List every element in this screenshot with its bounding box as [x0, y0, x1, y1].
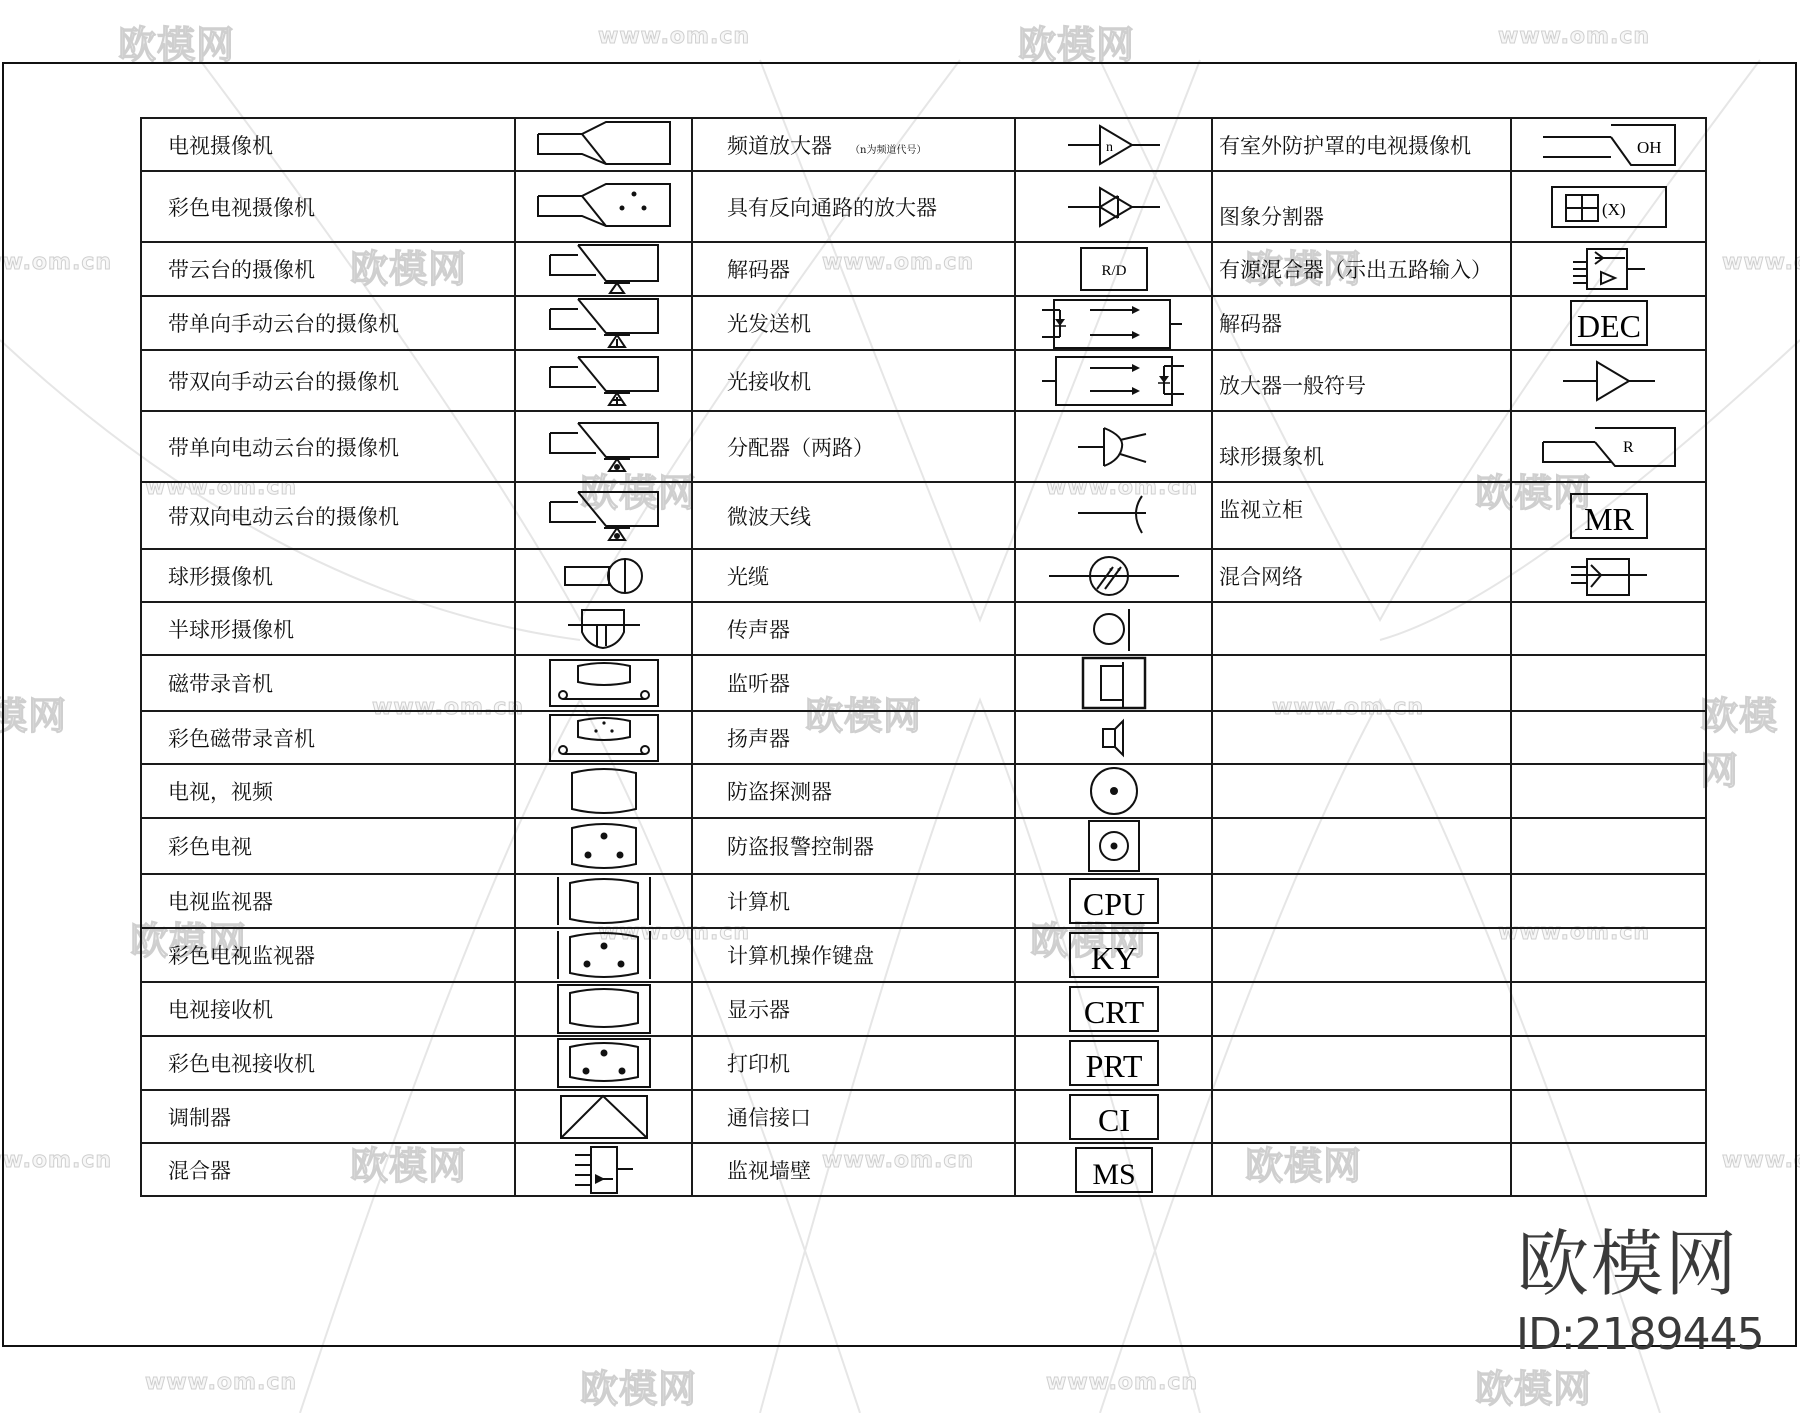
symbol-name: 显示器	[692, 982, 1015, 1036]
svg-text:CPU: CPU	[1082, 886, 1144, 922]
color-tv-icon	[515, 818, 692, 874]
empty-cell	[1212, 1090, 1511, 1143]
empty-cell	[1212, 982, 1511, 1036]
color-tv-receiver-icon	[515, 1036, 692, 1090]
display-icon: CRT	[1015, 982, 1212, 1036]
empty-cell	[1511, 982, 1706, 1036]
color-camera-icon	[515, 171, 692, 242]
symbol-name: 球形摄象机	[1212, 411, 1511, 482]
symbol-name: 混合网络	[1212, 549, 1511, 602]
microwave-antenna-icon	[1015, 482, 1212, 549]
symbol-name: 调制器	[141, 1090, 515, 1143]
empty-cell	[1511, 928, 1706, 982]
symbol-name: 带云台的摄像机	[141, 242, 515, 296]
camera-motor-pan-icon	[515, 411, 692, 482]
symbol-name: 混合器	[141, 1143, 515, 1196]
symbol-name: 监听器	[692, 655, 1015, 711]
splitter-two-way-icon	[1015, 411, 1212, 482]
table-row: 电视监视器 计算机 CPU	[141, 874, 1706, 928]
dome-camera-r-icon: R	[1511, 411, 1706, 482]
symbol-name: 传声器	[692, 602, 1015, 655]
symbol-name: 解码器	[1212, 296, 1511, 350]
svg-text:CI: CI	[1098, 1102, 1130, 1138]
symbol-name: 彩色电视摄像机	[141, 171, 515, 242]
symbol-note: （n为频道代号）	[850, 145, 926, 156]
intrusion-detector-icon	[1015, 764, 1212, 818]
svg-text:KY: KY	[1090, 940, 1136, 976]
svg-text:CRT: CRT	[1083, 994, 1144, 1030]
svg-text:OH: OH	[1637, 138, 1662, 157]
modulator-icon	[515, 1090, 692, 1143]
bidirectional-amplifier-icon	[1015, 171, 1212, 242]
symbol-name: 光发送机	[692, 296, 1015, 350]
tv-receiver-icon	[515, 982, 692, 1036]
channel-amplifier-icon: n	[1015, 118, 1212, 171]
active-mixer-icon	[1511, 242, 1706, 296]
symbol-name: 计算机操作键盘	[692, 928, 1015, 982]
symbol-name: 扬声器	[692, 711, 1015, 764]
symbol-name: 光接收机	[692, 350, 1015, 411]
empty-cell	[1212, 602, 1511, 655]
monitor-speaker-icon	[1015, 655, 1212, 711]
symbol-name: 彩色电视监视器	[141, 928, 515, 982]
symbol-name: 具有反向通路的放大器	[692, 171, 1015, 242]
camera-motor-pan-tilt-icon	[515, 482, 692, 549]
symbol-name: 计算机	[692, 874, 1015, 928]
symbol-name: 电视接收机	[141, 982, 515, 1036]
tv-monitor-icon	[515, 874, 692, 928]
symbol-name: 图象分割器	[1212, 171, 1511, 242]
empty-cell	[1212, 874, 1511, 928]
symbol-name: 彩色电视接收机	[141, 1036, 515, 1090]
watermark-logo: 欧模网	[1475, 1358, 1592, 1413]
symbol-name: 频道放大器（n为频道代号）	[692, 118, 1015, 171]
computer-icon: CPU	[1015, 874, 1212, 928]
svg-text:n: n	[1106, 140, 1113, 155]
color-tv-monitor-icon	[515, 928, 692, 982]
table-row: 电视，视频 防盗探测器	[141, 764, 1706, 818]
empty-cell	[1511, 1036, 1706, 1090]
symbol-name: 光缆	[692, 549, 1015, 602]
symbol-name: 电视，视频	[141, 764, 515, 818]
amplifier-icon	[1511, 350, 1706, 411]
svg-text:DEC: DEC	[1577, 308, 1641, 344]
symbol-name: 防盗探测器	[692, 764, 1015, 818]
table-row: 彩色电视摄像机 具有反向通路的放大器 图象分割器 (X)	[141, 171, 1706, 242]
half-dome-camera-icon	[515, 602, 692, 655]
watermark-logo: 欧模网	[580, 1358, 697, 1413]
svg-text:PRT: PRT	[1085, 1048, 1142, 1084]
brand-id: ID:2189445	[1516, 1313, 1764, 1357]
printer-icon: PRT	[1015, 1036, 1212, 1090]
camera-icon	[515, 118, 692, 171]
tv-icon	[515, 764, 692, 818]
watermark-url: www.om.cn	[1046, 1370, 1198, 1395]
table-row: 电视接收机 显示器 CRT	[141, 982, 1706, 1036]
symbol-name: 监视立柜	[1212, 482, 1511, 549]
symbol-name: 彩色磁带录音机	[141, 711, 515, 764]
empty-cell	[1511, 818, 1706, 874]
watermark-logo: 欧模网	[118, 14, 235, 69]
symbol-name: 监视墙壁	[692, 1143, 1015, 1196]
table-row: 彩色电视 防盗报警控制器	[141, 818, 1706, 874]
table-row: 磁带录音机 监听器	[141, 655, 1706, 711]
symbol-name: 解码器	[692, 242, 1015, 296]
symbol-name: 放大器一般符号	[1212, 350, 1511, 411]
table-row: 带双向手动云台的摄像机 光接收机 放大器一般符号	[141, 350, 1706, 411]
empty-cell	[1212, 818, 1511, 874]
decoder-dec-icon: DEC	[1511, 296, 1706, 350]
symbol-name: 打印机	[692, 1036, 1015, 1090]
symbol-name: 微波天线	[692, 482, 1015, 549]
svg-text:R/D: R/D	[1101, 263, 1126, 279]
symbol-name: 带双向手动云台的摄像机	[141, 350, 515, 411]
table-row: 调制器 通信接口 CI	[141, 1090, 1706, 1143]
watermark-url: www.om.cn	[598, 24, 750, 49]
empty-cell	[1212, 928, 1511, 982]
empty-cell	[1511, 602, 1706, 655]
brand-logo: 欧模网	[1517, 1228, 1739, 1300]
tape-recorder-icon	[515, 655, 692, 711]
ball-camera-icon	[515, 549, 692, 602]
camera-manual-pan-tilt-icon	[515, 350, 692, 411]
symbol-name: 电视监视器	[141, 874, 515, 928]
symbol-name-text: 频道放大器	[727, 134, 832, 158]
table-row: 带云台的摄像机 解码器 R/D 有源混合器（示出五路输入）	[141, 242, 1706, 296]
symbol-name: 带双向电动云台的摄像机	[141, 482, 515, 549]
decoder-rd-icon: R/D	[1015, 242, 1212, 296]
table-row: 彩色电视监视器 计算机操作键盘 KY	[141, 928, 1706, 982]
symbol-name: 球形摄像机	[141, 549, 515, 602]
alarm-controller-icon	[1015, 818, 1212, 874]
table-row: 带单向手动云台的摄像机 光发送机 解码器 DEC	[141, 296, 1706, 350]
symbol-legend-table: 电视摄像机 频道放大器（n为频道代号） n 有室外防护罩的电视摄像机 OH	[140, 117, 1707, 1197]
symbol-name: 有源混合器（示出五路输入）	[1212, 242, 1511, 296]
svg-text:MS: MS	[1092, 1158, 1135, 1191]
watermark-logo: 欧模网	[1018, 14, 1135, 69]
table-row: 带单向电动云台的摄像机 分配器（两路） 球形摄象机 R	[141, 411, 1706, 482]
table-row: 混合器 监视墙壁 MS	[141, 1143, 1706, 1196]
empty-cell	[1212, 1143, 1511, 1196]
empty-cell	[1511, 1143, 1706, 1196]
symbol-name: 彩色电视	[141, 818, 515, 874]
symbol-name: 分配器（两路）	[692, 411, 1015, 482]
symbol-name: 防盗报警控制器	[692, 818, 1015, 874]
empty-cell	[1212, 1036, 1511, 1090]
table-row: 球形摄像机 光缆 混合网络	[141, 549, 1706, 602]
video-wall-icon: MS	[1015, 1143, 1212, 1196]
outdoor-camera-icon: OH	[1511, 118, 1706, 171]
empty-cell	[1511, 711, 1706, 764]
svg-text:MR: MR	[1584, 501, 1634, 537]
table-row: 电视摄像机 频道放大器（n为频道代号） n 有室外防护罩的电视摄像机 OH	[141, 118, 1706, 171]
camera-pan-tilt-icon	[515, 242, 692, 296]
optical-transmitter-icon	[1015, 296, 1212, 350]
monitor-cabinet-icon: MR	[1511, 482, 1706, 549]
loudspeaker-icon	[1015, 711, 1212, 764]
table-row: 彩色磁带录音机 扬声器	[141, 711, 1706, 764]
color-tape-recorder-icon	[515, 711, 692, 764]
watermark-url: www.om.cn	[1498, 24, 1650, 49]
empty-cell	[1212, 655, 1511, 711]
image-splitter-icon: (X)	[1511, 171, 1706, 242]
comm-interface-icon: CI	[1015, 1090, 1212, 1143]
empty-cell	[1511, 655, 1706, 711]
symbol-name: 通信接口	[692, 1090, 1015, 1143]
table-row: 半球形摄像机 传声器	[141, 602, 1706, 655]
svg-text:R: R	[1623, 439, 1634, 456]
watermark-url: www.om.cn	[145, 1370, 297, 1395]
empty-cell	[1511, 874, 1706, 928]
symbol-name: 磁带录音机	[141, 655, 515, 711]
fiber-cable-icon	[1015, 549, 1212, 602]
empty-cell	[1511, 1090, 1706, 1143]
empty-cell	[1511, 764, 1706, 818]
symbol-name: 带单向手动云台的摄像机	[141, 296, 515, 350]
keyboard-icon: KY	[1015, 928, 1212, 982]
empty-cell	[1212, 764, 1511, 818]
table-row: 彩色电视接收机 打印机 PRT	[141, 1036, 1706, 1090]
symbol-name: 电视摄像机	[141, 118, 515, 171]
mixer-icon	[515, 1143, 692, 1196]
table-row: 带双向电动云台的摄像机 微波天线 监视立柜 MR	[141, 482, 1706, 549]
optical-receiver-icon	[1015, 350, 1212, 411]
camera-manual-pan-icon	[515, 296, 692, 350]
symbol-name: 带单向电动云台的摄像机	[141, 411, 515, 482]
microphone-icon	[1015, 602, 1212, 655]
empty-cell	[1212, 711, 1511, 764]
symbol-name: 有室外防护罩的电视摄像机	[1212, 118, 1511, 171]
symbol-name: 半球形摄像机	[141, 602, 515, 655]
svg-text:(X): (X)	[1602, 200, 1626, 219]
hybrid-network-icon	[1511, 549, 1706, 602]
